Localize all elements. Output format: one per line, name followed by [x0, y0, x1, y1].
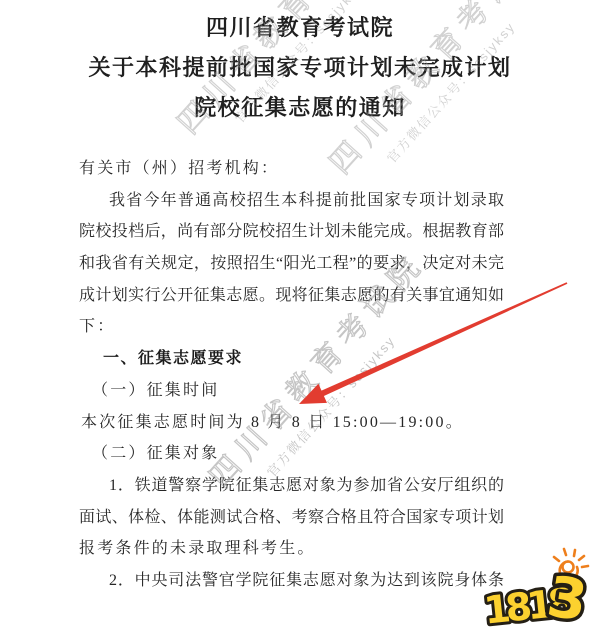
logo-digit-last: 3 [543, 564, 592, 628]
doc-line: 2．中央司法警官学院征集志愿对象为达到该院身体条 [79, 565, 504, 597]
scanned-notice-page: 四川省教育考试院 官方微信公众号：scsjyksy 四川省教育考试院 官方微信公… [0, 0, 600, 628]
title-subject-line2: 院校征集志愿的通知 [0, 88, 600, 128]
doc-line: 和我省有关规定，按照招生“阳光工程”的要求，决定对未完 [79, 248, 504, 280]
notice-title: 四川省教育考试院 关于本科提前批国家专项计划未完成计划 院校征集志愿的通知 [0, 8, 600, 128]
doc-line: 1．铁道警察学院征集志愿对象为参加省公安厅组织的 [79, 470, 504, 502]
doc-line: 有关市（州）招考机构： [79, 153, 504, 185]
doc-line: 我省今年普通高校招生本科提前批国家专项计划录取 [79, 185, 504, 217]
doc-line: 下： [79, 311, 504, 343]
doc-line: 成计划实行公开征集志愿。现将征集志愿的有关事宜通知如 [79, 280, 504, 312]
title-subject-line1: 关于本科提前批国家专项计划未完成计划 [0, 48, 600, 88]
doc-line: （二）征集对象 [79, 438, 504, 470]
title-issuer: 四川省教育考试院 [0, 8, 600, 48]
doc-line: （一）征集时间 [79, 375, 504, 407]
doc-line: 本次征集志愿时间为 8 月 8 日 15:00—19:00。 [79, 407, 504, 439]
doc-line: 报考条件的未录取理科考生。 [79, 533, 504, 565]
doc-line: 面试、体检、体能测试合格、考察合格且符合国家专项计划 [79, 502, 504, 534]
notice-body: 有关市（州）招考机构：我省今年普通高校招生本科提前批国家专项计划录取院校投档后，… [79, 153, 504, 597]
doc-line: 一、征集志愿要求 [79, 343, 504, 375]
doc-line: 院校投档后，尚有部分院校招生计划未能完成。根据教育部 [79, 216, 504, 248]
logo-18183: 1818 3 [476, 542, 600, 628]
